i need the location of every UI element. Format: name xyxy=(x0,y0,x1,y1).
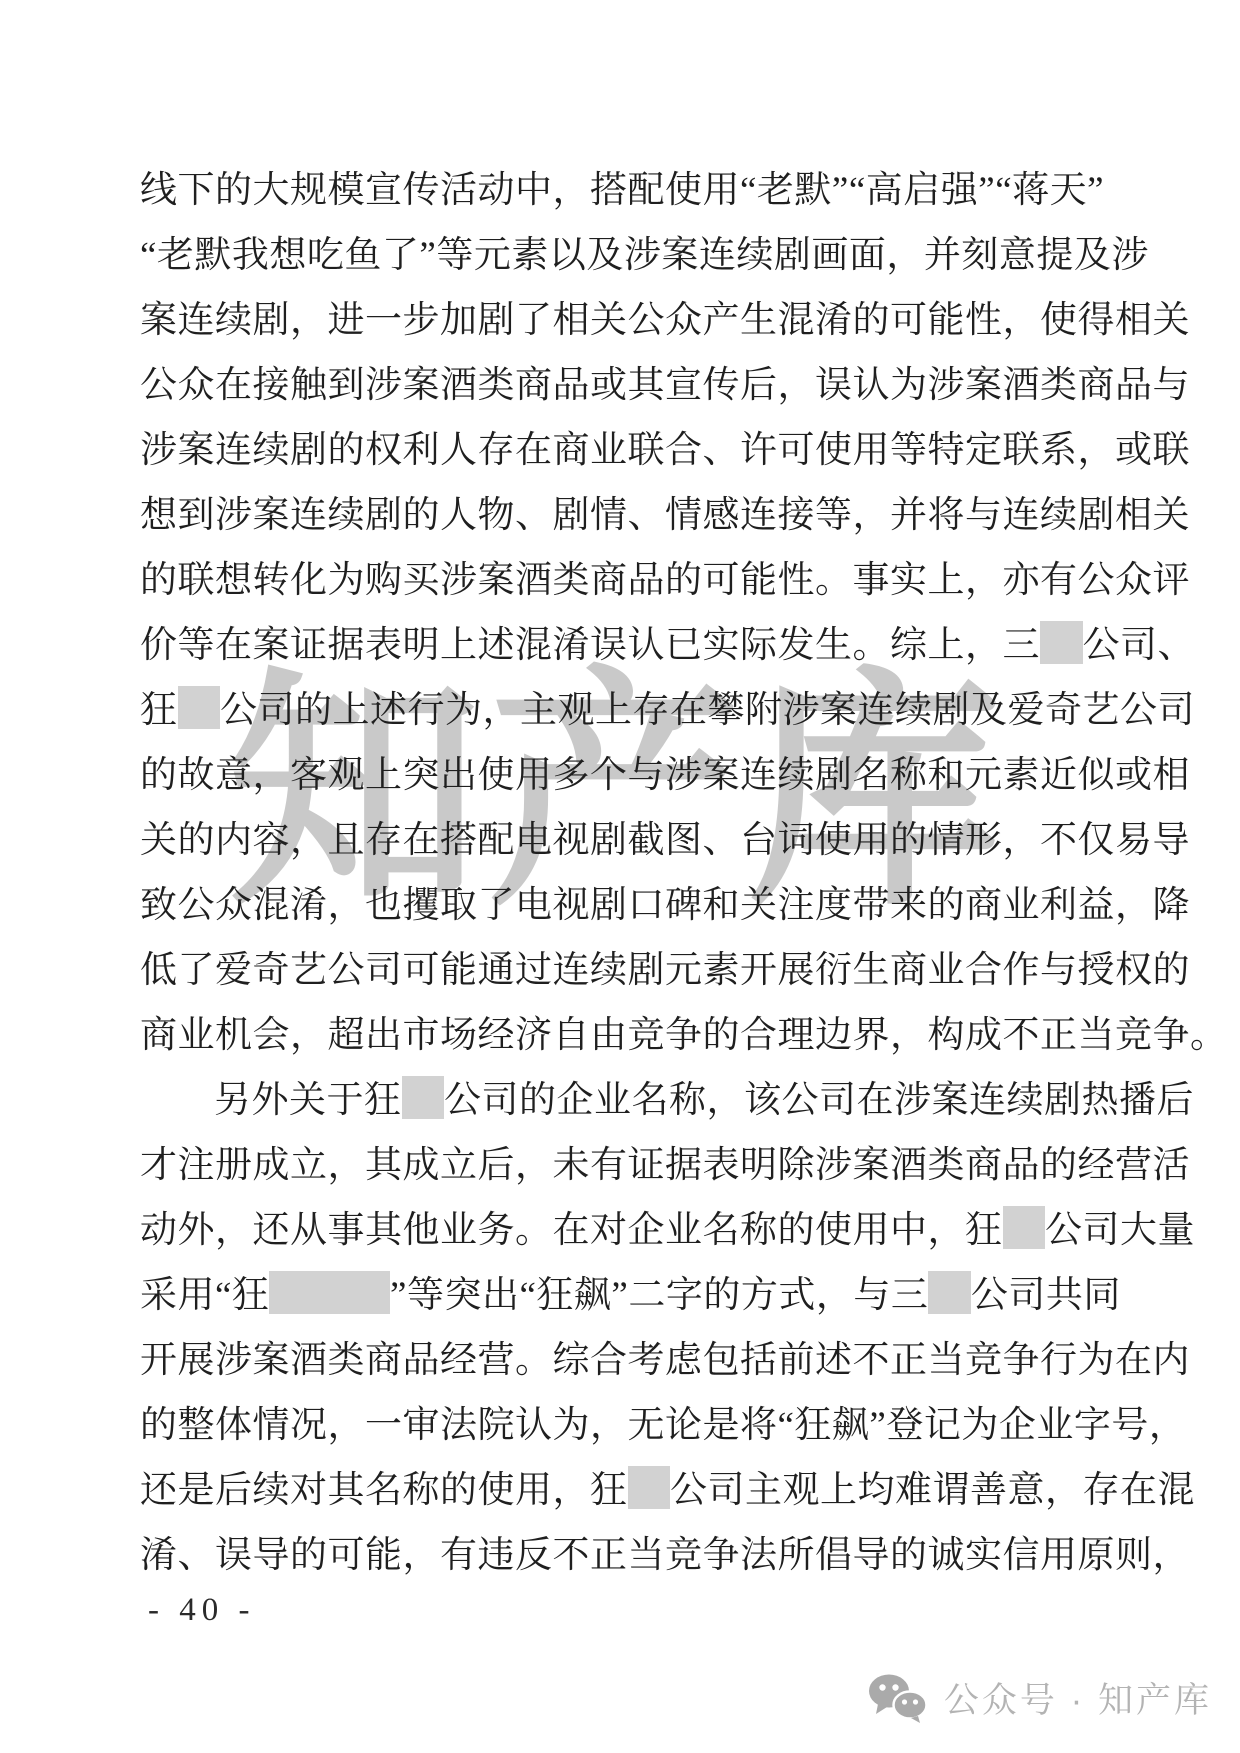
document-line: 公众在接触到涉案酒类商品或其宣传后，误认为涉案酒类商品与 xyxy=(140,353,990,418)
text-run: 公司的企业名称，该公司在涉案连续剧热播后 xyxy=(444,1080,1194,1121)
text-run: 公众在接触到涉案酒类商品或其宣传后，误认为涉案酒类商品与 xyxy=(140,365,1190,406)
text-run: 的整体情况，一审法院认为，无论是将“狂飙”登记为企业字号， xyxy=(140,1405,1186,1446)
text-run: 的联想转化为购买涉案酒类商品的可能性。事实上，亦有公众评 xyxy=(140,560,1190,601)
document-line: 的整体情况，一审法院认为，无论是将“狂飙”登记为企业字号， xyxy=(140,1393,990,1458)
text-run: 狂 xyxy=(140,690,178,731)
document-line: 动外，还从事其他业务。在对企业名称的使用中，狂公司大量 xyxy=(140,1198,990,1263)
text-run: 另外关于狂 xyxy=(214,1080,402,1121)
text-run: 关的内容，且存在搭配电视剧截图、台词使用的情形，不仅易导 xyxy=(140,820,1190,861)
document-line: 致公众混淆，也攫取了电视剧口碑和关注度带来的商业利益，降 xyxy=(140,873,990,938)
document-line: 还是后续对其名称的使用，狂公司主观上均难谓善意，存在混 xyxy=(140,1458,990,1523)
redaction-box xyxy=(628,1466,671,1509)
redaction-box xyxy=(178,686,221,729)
text-run: 采用“狂 xyxy=(140,1275,269,1316)
text-run: 公司的上述行为，主观上存在攀附涉案连续剧及爱奇艺公司 xyxy=(220,690,1195,731)
document-line: 淆、误导的可能，有违反不正当竞争法所倡导的诚实信用原则， xyxy=(140,1523,990,1588)
text-run: 开展涉案酒类商品经营。综合考虑包括前述不正当竞争行为在内 xyxy=(140,1340,1190,1381)
text-run: 涉案连续剧的权利人存在商业联合、许可使用等特定联系，或联 xyxy=(140,430,1190,471)
text-run: 淆、误导的可能，有违反不正当竞争法所倡导的诚实信用原则， xyxy=(140,1535,1190,1576)
document-line: 涉案连续剧的权利人存在商业联合、许可使用等特定联系，或联 xyxy=(140,418,990,483)
text-run: 低了爱奇艺公司可能通过连续剧元素开展衍生商业合作与授权的 xyxy=(140,950,1190,991)
redaction-box xyxy=(1003,1206,1046,1249)
text-run: 想到涉案连续剧的人物、剧情、情感连接等，并将与连续剧相关 xyxy=(140,495,1190,536)
text-run: 还是后续对其名称的使用，狂 xyxy=(140,1470,628,1511)
text-run: 才注册成立，其成立后，未有证据表明除涉案酒类商品的经营活 xyxy=(140,1145,1190,1186)
document-line: 商业机会，超出市场经济自由竞争的合理边界，构成不正当竞争。 xyxy=(140,1003,990,1068)
text-run: ”等突出“狂飙”二字的方式，与三 xyxy=(390,1275,928,1316)
redaction-box xyxy=(269,1271,390,1314)
text-run: 的故意，客观上突出使用多个与涉案连续剧名称和元素近似或相 xyxy=(140,755,1190,796)
text-run: 公司共同 xyxy=(971,1275,1121,1316)
document-line: 想到涉案连续剧的人物、剧情、情感连接等，并将与连续剧相关 xyxy=(140,483,990,548)
document-line: 价等在案证据表明上述混淆误认已实际发生。综上，三公司、 xyxy=(140,613,990,678)
document-line: 的联想转化为购买涉案酒类商品的可能性。事实上，亦有公众评 xyxy=(140,548,990,613)
footer-label: 公众号 · 知产库 xyxy=(944,1673,1212,1723)
text-run: 线下的大规模宣传活动中，搭配使用“老默”“高启强”“蒋天” xyxy=(140,170,1104,211)
text-run: 致公众混淆，也攫取了电视剧口碑和关注度带来的商业利益，降 xyxy=(140,885,1190,926)
document-body: 线下的大规模宣传活动中，搭配使用“老默”“高启强”“蒋天”“老默我想吃鱼了”等元… xyxy=(140,158,990,1588)
document-line: 狂公司的上述行为，主观上存在攀附涉案连续剧及爱奇艺公司 xyxy=(140,678,990,743)
text-run: “老默我想吃鱼了”等元素以及涉案连续剧画面，并刻意提及涉 xyxy=(140,235,1149,276)
document-page: 知产库 线下的大规模宣传活动中，搭配使用“老默”“高启强”“蒋天”“老默我想吃鱼… xyxy=(0,0,1240,1753)
page-number: - 40 - xyxy=(148,1592,255,1629)
document-line: 关的内容，且存在搭配电视剧截图、台词使用的情形，不仅易导 xyxy=(140,808,990,873)
document-line: 的故意，客观上突出使用多个与涉案连续剧名称和元素近似或相 xyxy=(140,743,990,808)
text-run: 公司大量 xyxy=(1045,1210,1195,1251)
document-line: 案连续剧，进一步加剧了相关公众产生混淆的可能性，使得相关 xyxy=(140,288,990,353)
text-run: 价等在案证据表明上述混淆误认已实际发生。综上，三 xyxy=(140,625,1040,666)
text-run: 公司、 xyxy=(1083,625,1196,666)
redaction-box xyxy=(1040,621,1083,664)
document-line: 线下的大规模宣传活动中，搭配使用“老默”“高启强”“蒋天” xyxy=(140,158,990,223)
document-line: 才注册成立，其成立后，未有证据表明除涉案酒类商品的经营活 xyxy=(140,1133,990,1198)
footer: 公众号 · 知产库 xyxy=(866,1672,1212,1724)
wechat-icon xyxy=(866,1672,930,1724)
document-line: 低了爱奇艺公司可能通过连续剧元素开展衍生商业合作与授权的 xyxy=(140,938,990,1003)
document-line: “老默我想吃鱼了”等元素以及涉案连续剧画面，并刻意提及涉 xyxy=(140,223,990,288)
redaction-box xyxy=(928,1271,971,1314)
document-line: 采用“狂”等突出“狂飙”二字的方式，与三公司共同 xyxy=(140,1263,990,1328)
text-run: 动外，还从事其他业务。在对企业名称的使用中，狂 xyxy=(140,1210,1003,1251)
text-run: 商业机会，超出市场经济自由竞争的合理边界，构成不正当竞争。 xyxy=(140,1015,1228,1056)
redaction-box xyxy=(402,1076,445,1119)
text-run: 公司主观上均难谓善意，存在混 xyxy=(670,1470,1195,1511)
document-line: 另外关于狂公司的企业名称，该公司在涉案连续剧热播后 xyxy=(140,1068,990,1133)
text-run: 案连续剧，进一步加剧了相关公众产生混淆的可能性，使得相关 xyxy=(140,300,1190,341)
document-line: 开展涉案酒类商品经营。综合考虑包括前述不正当竞争行为在内 xyxy=(140,1328,990,1393)
